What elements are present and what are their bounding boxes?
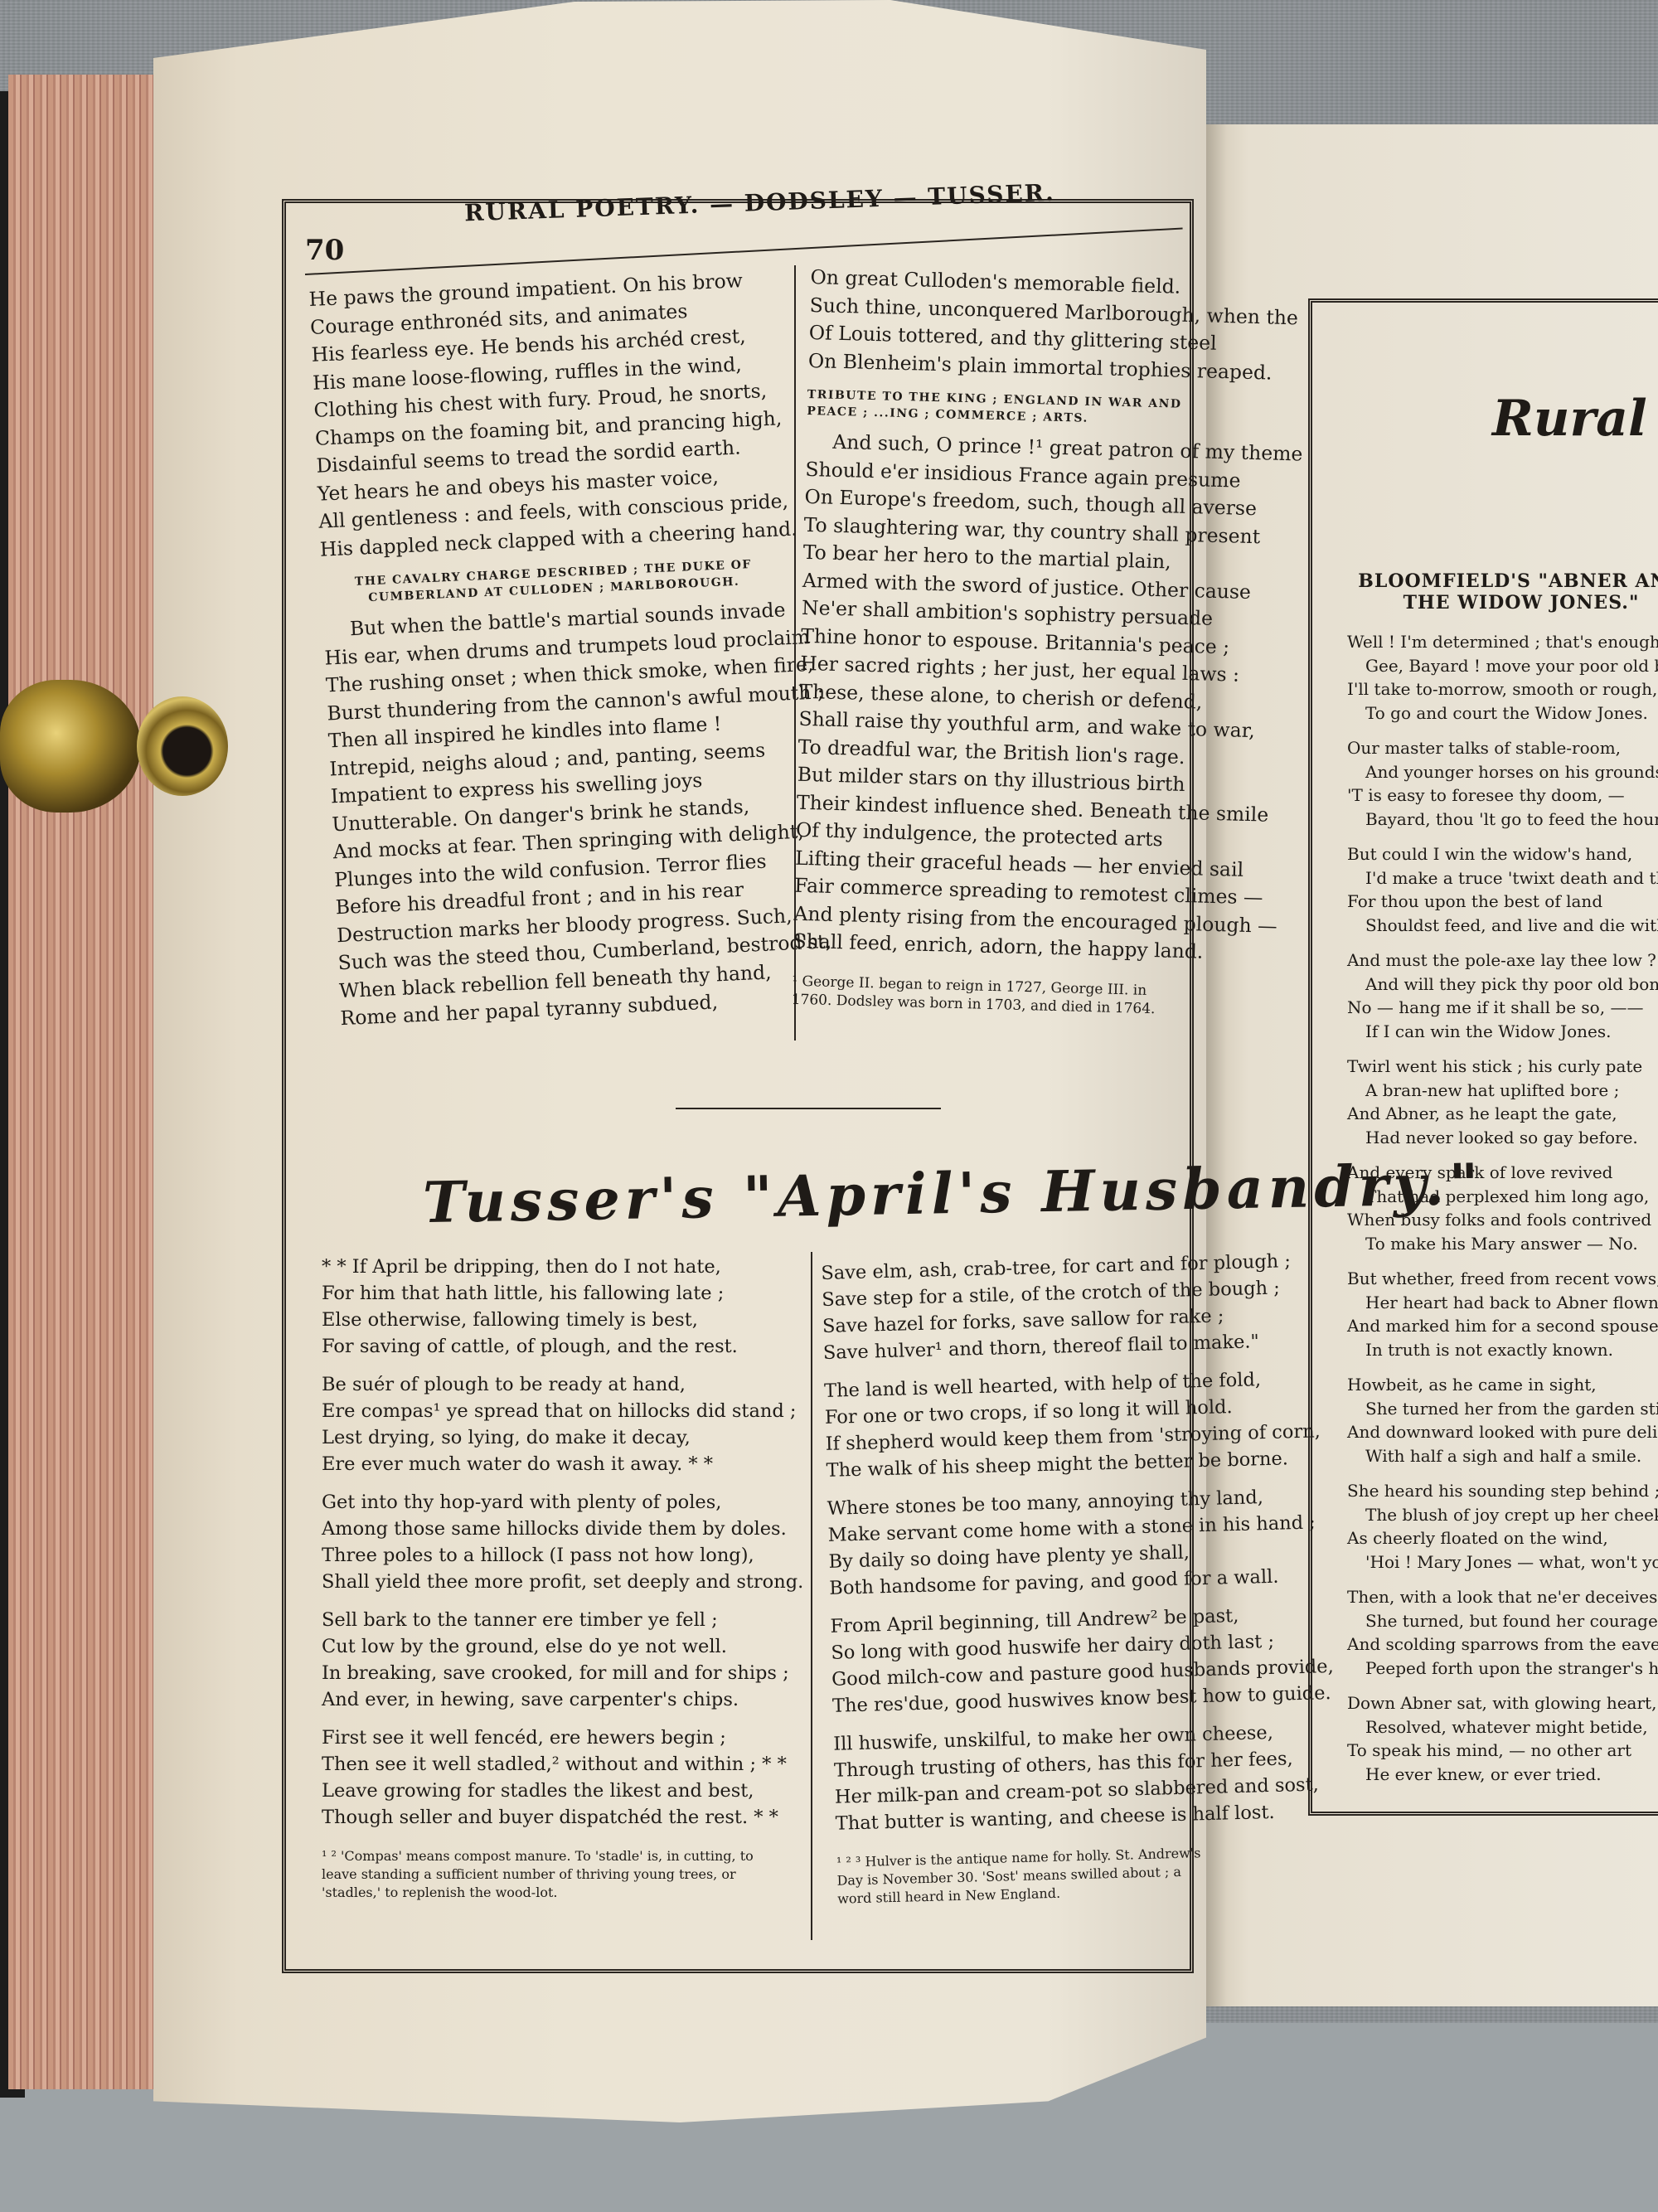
verse-line: Cut low by the ground, else do ye not we… [322, 1633, 803, 1660]
verse-line: But whether, freed from recent vows, [1347, 1267, 1658, 1291]
verse-line: And Abner, as he leapt the gate, [1347, 1102, 1658, 1126]
upper-right-lines: On great Culloden's memorable field.Such… [807, 264, 1307, 388]
verse-line: Had never looked so gay before. [1347, 1126, 1658, 1150]
lower-right-stanzas: Save elm, ash, crab-tree, for cart and f… [821, 1247, 1338, 1837]
verse-line: Get into thy hop-yard with plenty of pol… [322, 1489, 803, 1516]
verse-line: And must the pole-axe lay thee low ? [1347, 948, 1658, 973]
stanza-gap [1347, 1467, 1658, 1479]
upper-left-lines: He paws the ground impatient. On his bro… [308, 264, 817, 564]
verse-line: Be suér of plough to be ready at hand, [322, 1371, 803, 1398]
verse-line: Bayard, thou 'lt go to feed the hounds. [1347, 808, 1658, 832]
verse-line: I'd make a truce 'twixt death and thee ; [1347, 866, 1658, 890]
clasp-knob [137, 696, 228, 796]
stanza-gap [1347, 1043, 1658, 1055]
column-rule-lower [811, 1252, 812, 1940]
page-edge-stack [8, 75, 160, 2089]
verse-line: She turned her from the garden stile, [1347, 1397, 1658, 1421]
verse-line: Ere ever much water do wash it away. * * [322, 1451, 803, 1477]
verse-line: But could I win the widow's hand, [1347, 842, 1658, 866]
verse-line: For thou upon the best of land [1347, 890, 1658, 914]
verse-line: Then see it well stadled,² without and w… [322, 1751, 803, 1778]
verse-line: For saving of cattle, of plough, and the… [322, 1333, 803, 1360]
verse-line: 'Hoi ! Mary Jones — what, won't you spea… [1347, 1550, 1658, 1574]
verse-line: She turned, but found her courage fled ; [1347, 1609, 1658, 1633]
verse-line: Shall yield thee more profit, set deeply… [322, 1569, 803, 1595]
verse-line: And downward looked with pure delight, [1347, 1420, 1658, 1444]
verse-line: Among those same hillocks divide them by… [322, 1516, 803, 1542]
verse-line: To go and court the Widow Jones. [1347, 701, 1658, 725]
stanza-gap [1347, 1255, 1658, 1267]
clasp-ornament [0, 680, 141, 813]
verse-line: The blush of joy crept up her cheek, [1347, 1503, 1658, 1527]
verse-line: I'll take to-morrow, smooth or rough, [1347, 677, 1658, 701]
verse-line: And will they pick thy poor old bones ? [1347, 973, 1658, 997]
verse-line: Else otherwise, fallowing timely is best… [322, 1307, 803, 1333]
stanza-gap [322, 1360, 803, 1371]
verse-line: As cheerly floated on the wind, [1347, 1526, 1658, 1550]
upper-left-lines-2: But when the battle's martial sounds inv… [322, 594, 837, 1032]
stanza-gap [322, 1713, 803, 1724]
verse-line: Our master talks of stable-room, [1347, 736, 1658, 760]
page-number: 70 [305, 234, 344, 267]
verse-line: With half a sigh and half a smile. [1347, 1444, 1658, 1468]
verse-line: Well ! I'm determined ; that's enough, [1347, 630, 1658, 654]
verse-line: And younger horses on his grounds ; [1347, 760, 1658, 784]
lower-left-stanzas: * * If April be dripping, then do I not … [322, 1254, 803, 1831]
verse-line: Resolved, whatever might betide, [1347, 1715, 1658, 1739]
verse-line: Leave growing for stadles the likest and… [322, 1778, 803, 1804]
verse-line: And ever, in hewing, save carpenter's ch… [322, 1686, 803, 1713]
verse-line: Shouldst feed, and live and die with me. [1347, 914, 1658, 938]
verse-line: No — hang me if it shall be so, —— [1347, 996, 1658, 1020]
section-divider [676, 1108, 941, 1109]
stanza-gap [1347, 1574, 1658, 1585]
verse-line: Her heart had back to Abner flown, [1347, 1291, 1658, 1315]
verse-line: Howbeit, as he came in sight, [1347, 1373, 1658, 1397]
verse-line: A bran-new hat uplifted bore ; [1347, 1079, 1658, 1103]
footnote-compas: ¹ ² 'Compas' means compost manure. To 's… [322, 1847, 786, 1902]
verse-line: And marked him for a second spouse, [1347, 1314, 1658, 1338]
stanza-gap [1347, 725, 1658, 736]
brass-clasp [0, 663, 232, 829]
verse-line: Lest drying, so lying, do make it decay, [322, 1424, 803, 1451]
verse-line: He ever knew, or ever tried. [1347, 1763, 1658, 1787]
verse-line: Down Abner sat, with glowing heart, [1347, 1691, 1658, 1715]
verse-line: Then, with a look that ne'er deceives, [1347, 1585, 1658, 1609]
verse-line: Peeped forth upon the stranger's head. [1347, 1657, 1658, 1681]
right-page-title: Rural [1492, 390, 1647, 448]
upper-right-column: On great Culloden's memorable field.Such… [791, 264, 1307, 1021]
stanza-gap [322, 1477, 803, 1489]
stanza-gap [1347, 1361, 1658, 1373]
verse-line: In breaking, save crooked, for mill and … [322, 1660, 803, 1686]
verse-line: 'T is easy to foresee thy doom, — [1347, 783, 1658, 808]
verse-line: To speak his mind, — no other art [1347, 1739, 1658, 1763]
upper-left-column: He paws the ground impatient. On his bro… [308, 264, 838, 1033]
verse-line: In truth is not exactly known. [1347, 1338, 1658, 1362]
verse-line: To make his Mary answer — No. [1347, 1232, 1658, 1256]
verse-line: Ere compas¹ ye spread that on hillocks d… [322, 1398, 803, 1424]
right-page-poem-title: BLOOMFIELD'S "ABNER AND THE WIDOW JONES.… [1355, 570, 1658, 614]
verse-line: Though seller and buyer dispatchéd the r… [322, 1804, 803, 1831]
verse-line: * * If April be dripping, then do I not … [322, 1254, 803, 1280]
footnote-hulver: ¹ ² ³ Hulver is the antique name for hol… [836, 1844, 1203, 1908]
section-head-king: TRIBUTE TO THE KING ; ENGLAND IN WAR AND… [807, 386, 1189, 429]
stanza-gap [1347, 937, 1658, 948]
stanza-gap [1347, 831, 1658, 842]
lower-right-column: Save elm, ash, crab-tree, for cart and f… [821, 1247, 1340, 1909]
upper-right-lines-2: And such, O prince !¹ great patron of my… [793, 428, 1303, 968]
verse-line: Sell bark to the tanner ere timber ye fe… [322, 1607, 803, 1633]
verse-line: She heard his sounding step behind ; [1347, 1479, 1658, 1503]
verse-line: Twirl went his stick ; his curly pate [1347, 1055, 1658, 1079]
stanza-gap [1347, 1680, 1658, 1691]
verse-line: And scolding sparrows from the eaves [1347, 1632, 1658, 1657]
lower-left-column: * * If April be dripping, then do I not … [322, 1254, 803, 1902]
verse-line: If I can win the Widow Jones. [1347, 1020, 1658, 1044]
verse-line: Three poles to a hillock (I pass not how… [322, 1542, 803, 1569]
verse-line: For him that hath little, his fallowing … [322, 1280, 803, 1307]
verse-line: First see it well fencéd, ere hewers beg… [322, 1724, 803, 1751]
stanza-gap [322, 1595, 803, 1607]
verse-line: Gee, Bayard ! move your poor old bones ; [1347, 654, 1658, 678]
